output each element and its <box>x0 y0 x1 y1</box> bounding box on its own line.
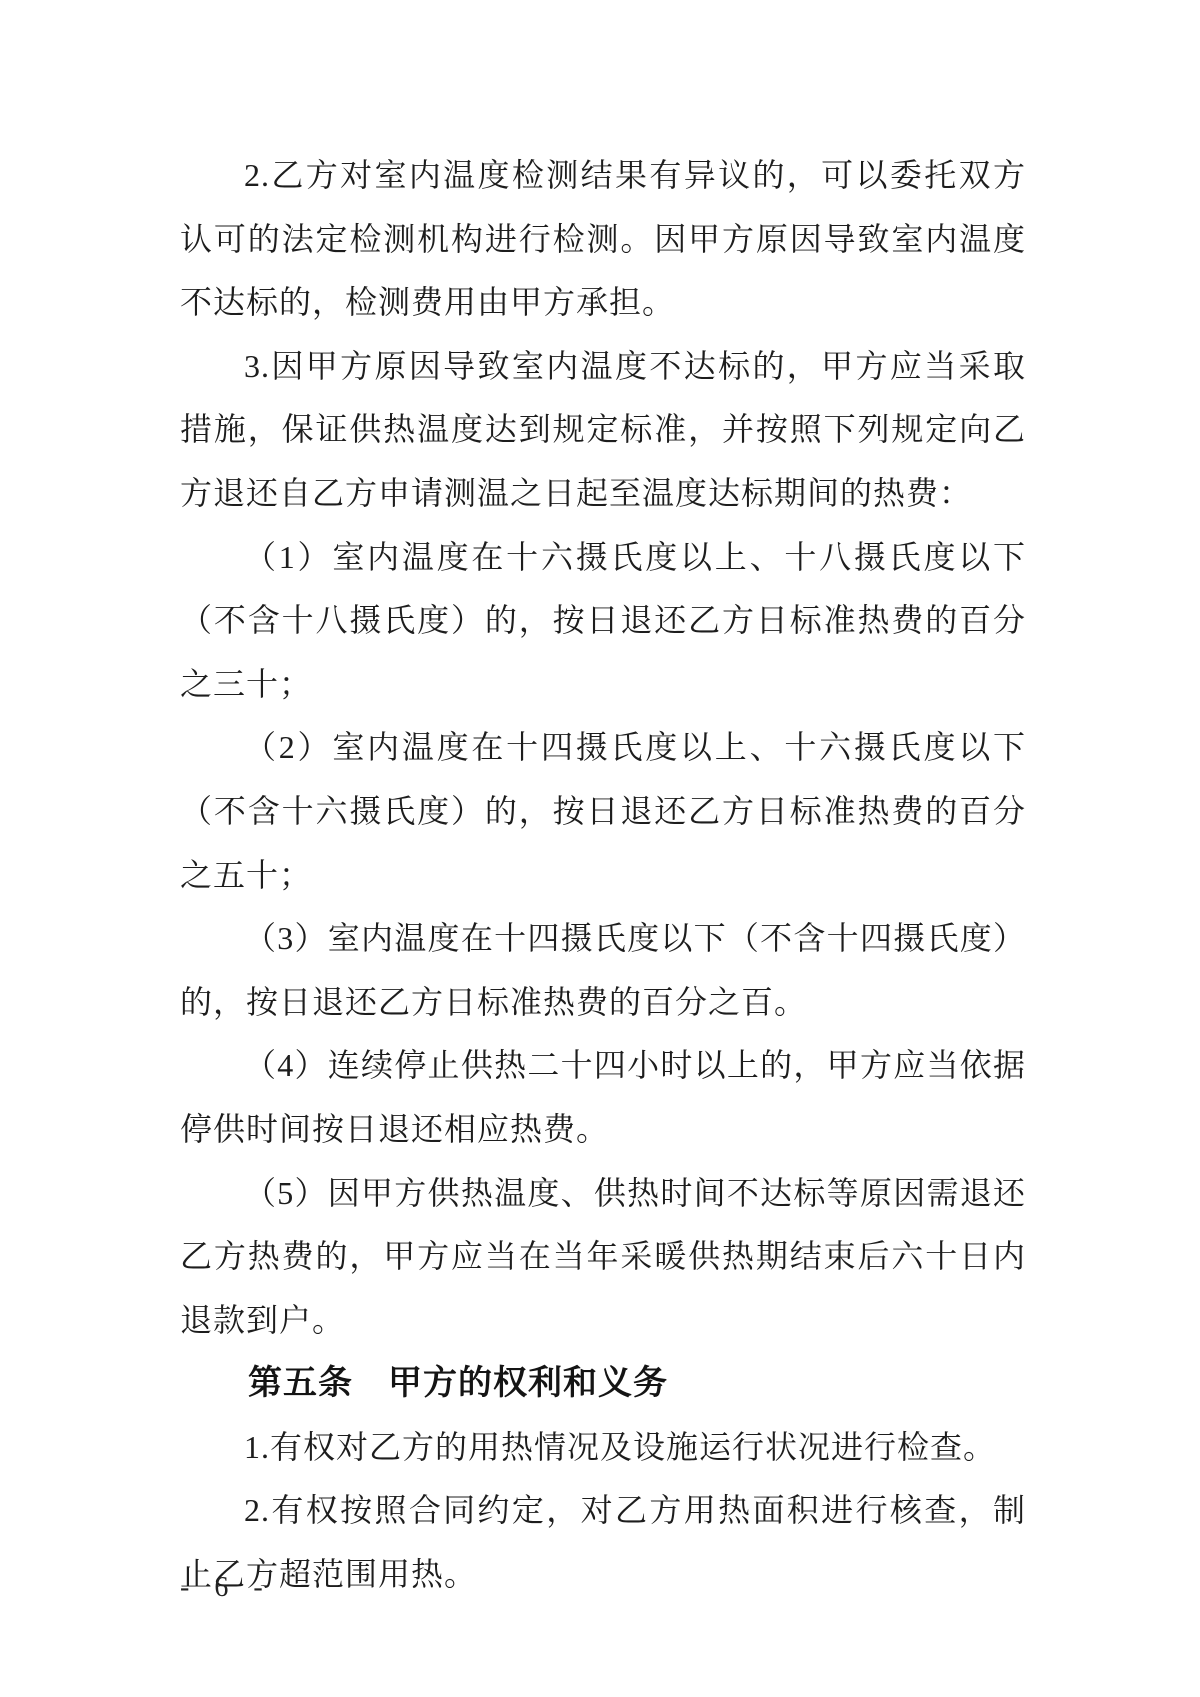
clause-subitem-3: （3）室内温度在十四摄氏度以下（不含十四摄氏度）的，按日退还乙方日标准热费的百分… <box>180 907 1026 1034</box>
document-body: 2.乙方对室内温度检测结果有异议的，可以委托双方认可的法定检测机构进行检测。因甲… <box>180 144 1026 1607</box>
clause-paragraph: 3.因甲方原因导致室内温度不达标的，甲方应当采取措施，保证供热温度达到规定标准，… <box>180 335 1026 526</box>
clause-subitem-1: （1）室内温度在十六摄氏度以上、十八摄氏度以下（不含十八摄氏度）的，按日退还乙方… <box>180 526 1026 717</box>
clause-paragraph: 2.乙方对室内温度检测结果有异议的，可以委托双方认可的法定检测机构进行检测。因甲… <box>180 144 1026 335</box>
rights-item-2: 2.有权按照合同约定，对乙方用热面积进行核查，制止乙方超范围用热。 <box>180 1479 1026 1606</box>
page-number: - 6 - <box>180 1572 269 1604</box>
clause-subitem-2: （2）室内温度在十四摄氏度以上、十六摄氏度以下（不含十六摄氏度）的，按日退还乙方… <box>180 716 1026 907</box>
document-page: 2.乙方对室内温度检测结果有异议的，可以委托双方认可的法定检测机构进行检测。因甲… <box>0 0 1200 1697</box>
clause-subitem-5: （5）因甲方供热温度、供热时间不达标等原因需退还乙方热费的，甲方应当在当年采暖供… <box>180 1162 1026 1353</box>
section-heading-article-5: 第五条 甲方的权利和义务 <box>180 1352 1026 1416</box>
rights-item-1: 1.有权对乙方的用热情况及设施运行状况进行检查。 <box>180 1416 1026 1480</box>
clause-subitem-4: （4）连续停止供热二十四小时以上的，甲方应当依据停供时间按日退还相应热费。 <box>180 1034 1026 1161</box>
